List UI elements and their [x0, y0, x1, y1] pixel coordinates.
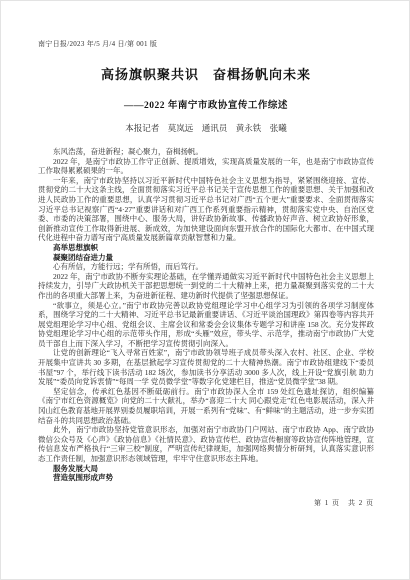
body-paragraph: “欲事立，须是心立。”南宁市政协完善以政协党组理论学习中心组学习为引领的各项学习…	[38, 301, 374, 349]
body-paragraph: 此外，南宁市政协坚持党管意识形态，加强对南宁市政协门户网站、南宁市政协 App、…	[38, 425, 374, 463]
body-paragraph: 东风浩荡，奋进新程；凝心聚力，奋楫扬帆。	[38, 147, 374, 157]
section-heading: 服务发展大局	[38, 464, 374, 474]
body-paragraph: 2022 年，是南宁市政协工作守正创新、提质增效，实现高质量发展的一年，也是南宁…	[38, 157, 374, 176]
publication-dateline: 南宁日报/2023 年/5 月/4 日/第 001 版	[38, 39, 374, 49]
body-paragraph: 一年来，南宁市政协坚持以习近平新时代中国特色社会主义思想为指导，紧紧围绕迎接、宣…	[38, 176, 374, 243]
body-paragraph: 2022 年，南宁市政协不断夯实理论基础，在学懂弄通做实习近平新时代中国特色社会…	[38, 272, 374, 301]
article-title: 高扬旗帜聚共识 奋楫扬帆向未来	[38, 64, 374, 83]
section-heading: 营造氛围形成声势	[38, 473, 374, 483]
newspaper-article-page: 南宁日报/2023 年/5 月/4 日/第 001 版 高扬旗帜聚共识 奋楫扬帆…	[0, 0, 410, 580]
article-body: 东风浩荡，奋进新程；凝心聚力，奋楫扬帆。2022 年，是南宁市政协工作守正创新、…	[38, 147, 374, 483]
section-heading: 高举思想旗帜	[38, 243, 374, 253]
body-paragraph: 心有所信，方能行远；学有所悟，而后笃行。	[38, 262, 374, 272]
article-subtitle: ——2022 年南宁市政协宣传工作综述	[38, 97, 374, 111]
section-heading: 凝聚团结奋进力量	[38, 253, 374, 263]
byline: 本报记者 莫岚远 通讯员 黄永铁 张曦	[38, 122, 374, 134]
page-number: 第 1 页 共 2 页	[314, 498, 374, 508]
body-paragraph: 让党的创新理论“飞入寻常百姓家”，南宁市政协领导班子成员带头深入农村、社区、企业…	[38, 348, 374, 386]
body-paragraph: 坚定信念，传承红色基因不断砥砺前行。南宁市政协深入全市 159 处红色遗址探访，…	[38, 387, 374, 425]
